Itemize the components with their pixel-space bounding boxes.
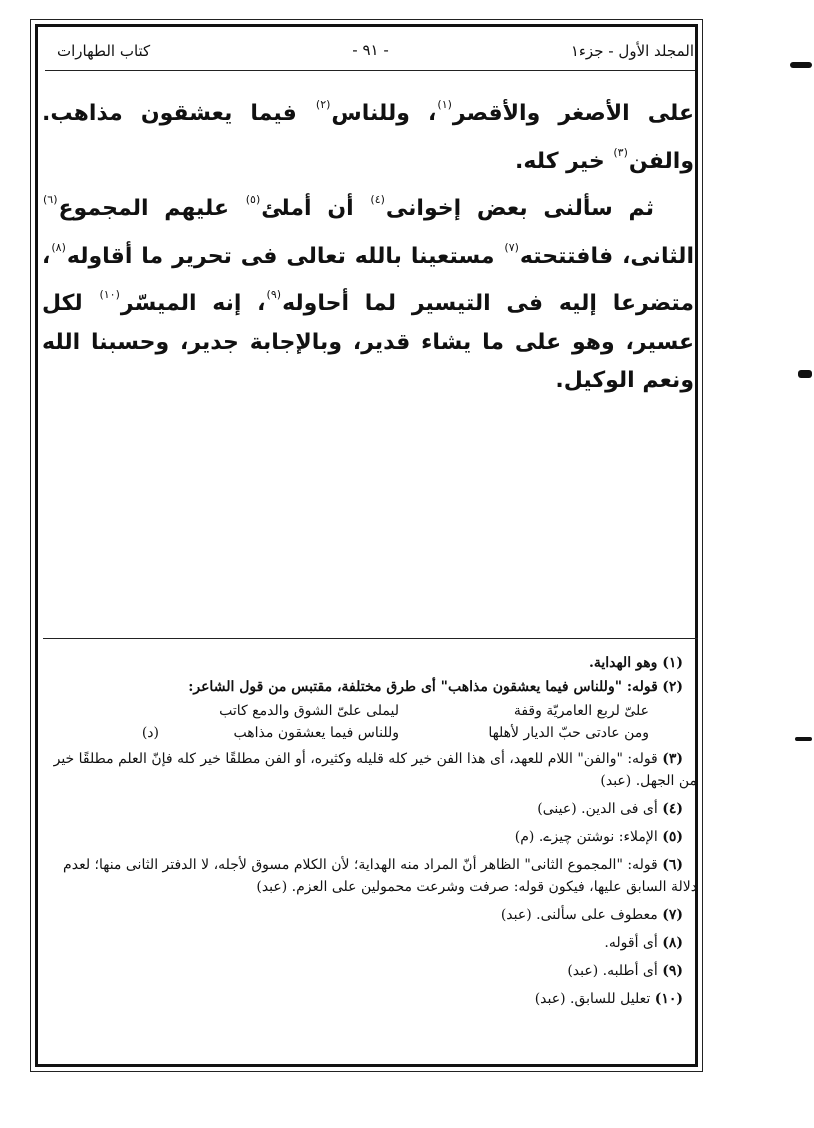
text-segment: خير كله. [515,149,612,174]
text-segment: ثم سألنى بعض إخوانى [386,196,654,221]
footnote-number: (٥) [662,829,683,845]
source-tag: (د) [142,722,159,744]
footnote-ref-2[interactable]: (٢) [316,98,331,111]
text-segment: أن أملئ [261,196,369,221]
footnote-ref-9[interactable]: (٩) [267,288,282,301]
footnote-ref-5[interactable]: (٥) [246,193,261,206]
verse-hemistich-first: علىّ لربع العامريّة وقفة [439,700,649,722]
footnote-separator [43,638,698,639]
book-title: كتاب الطهارات [57,42,150,60]
verse-hemistich-second: ليملى علىّ الشوق والدمع كاتب [179,700,399,722]
footnote-6: (٦) قوله: "المجموع الثانى" الظاهر أنّ ال… [42,854,697,898]
footnote-number: (١) [662,655,683,671]
footnote-number: (٦) [662,857,683,873]
footnotes-section: (١) وهو الهداية. (٢) قوله: "وللناس فيما … [42,652,697,1012]
footnote-ref-7[interactable]: (٧) [504,241,519,254]
footnote-2: (٢) قوله: "وللناس فيما يعشقون مذاهب" أى … [42,676,697,698]
footnote-lead: قوله: [627,679,658,695]
footnote-text: أى فى الدين. (عينى) [537,801,657,817]
footnote-number: (٩) [662,963,683,979]
footnote-ref-8[interactable]: (٨) [51,241,66,254]
paragraph-1: على الأصغر والأقصر(١)، وللناس(٢) فيما يع… [42,86,694,181]
text-segment: ، إنه الميسّر [121,291,266,316]
verse-line-2: ومن عادتى حبّ الديار لأهلها وللناس فيما … [42,722,697,744]
text-segment: ، وللناس [331,101,436,126]
scan-artifact [798,370,812,378]
footnote-9: (٩) أى أطلبه. (عبد) [42,960,697,982]
footnote-number: (٤) [662,801,683,817]
footnote-text: وهو الهداية. [589,655,657,671]
text-segment: عليهم المجموع [59,196,245,221]
footnote-number: (٢) [662,679,683,695]
footnote-text: قوله: "والفن" اللام للعهد، أى هذا الفن خ… [54,751,697,789]
text-segment: مستعينا بالله تعالى فى تحرير ما أقاوله [67,244,504,269]
footnote-text: أى أطلبه. (عبد) [567,963,657,979]
footnote-text: معطوف على سألنى. (عبد) [501,907,658,923]
footnote-number: (٣) [662,751,683,767]
footnote-number: (١٠) [655,991,683,1007]
verse-line-1: علىّ لربع العامريّة وقفة ليملى علىّ الشو… [42,700,697,722]
footnote-text: تعليل للسابق. (عبد) [535,991,651,1007]
footnote-8: (٨) أى أقوله. [42,932,697,954]
footnote-text: "وللناس فيما يعشقون مذاهب" أى طرق مختلفة… [188,679,627,695]
footnote-text: أى أقوله. [604,935,657,951]
footnote-number: (٨) [662,935,683,951]
footnote-7: (٧) معطوف على سألنى. (عبد) [42,904,697,926]
header-divider [45,70,695,71]
footnote-10: (١٠) تعليل للسابق. (عبد) [42,988,697,1010]
text-segment: الثانى، فافتتحته [520,244,694,269]
footnote-4: (٤) أى فى الدين. (عينى) [42,798,697,820]
scan-artifact [795,737,812,741]
footnote-text: الإملاء: نوشتن چیزے. (م) [515,829,658,845]
text-segment: على الأصغر والأقصر [453,101,694,126]
scan-artifact [790,62,812,68]
footnote-number: (٧) [662,907,683,923]
verse-hemistich-first: ومن عادتى حبّ الديار لأهلها [439,722,649,744]
verse-hemistich-second: وللناس فيما يعشقون مذاهب [179,722,399,744]
footnote-ref-6[interactable]: (٦) [43,193,58,206]
paragraph-2: ثم سألنى بعض إخوانى(٤) أن أملئ(٥) عليهم … [42,181,694,401]
page-header: المجلد الأول - جزء۱ - ۹۱ - كتاب الطهارات [43,38,698,70]
main-text: على الأصغر والأقصر(١)، وللناس(٢) فيما يع… [42,86,694,401]
footnote-5: (٥) الإملاء: نوشتن چیزے. (م) [42,826,697,848]
footnote-text: قوله: "المجموع الثانى" الظاهر أنّ المراد… [63,857,697,895]
footnote-ref-10[interactable]: (١٠) [99,288,119,301]
footnote-ref-4[interactable]: (٤) [370,193,385,206]
footnote-ref-1[interactable]: (١) [437,98,452,111]
footnote-ref-3[interactable]: (٣) [613,146,628,159]
footnote-1: (١) وهو الهداية. [42,652,697,674]
footnote-3: (٣) قوله: "والفن" اللام للعهد، أى هذا ال… [42,748,697,792]
